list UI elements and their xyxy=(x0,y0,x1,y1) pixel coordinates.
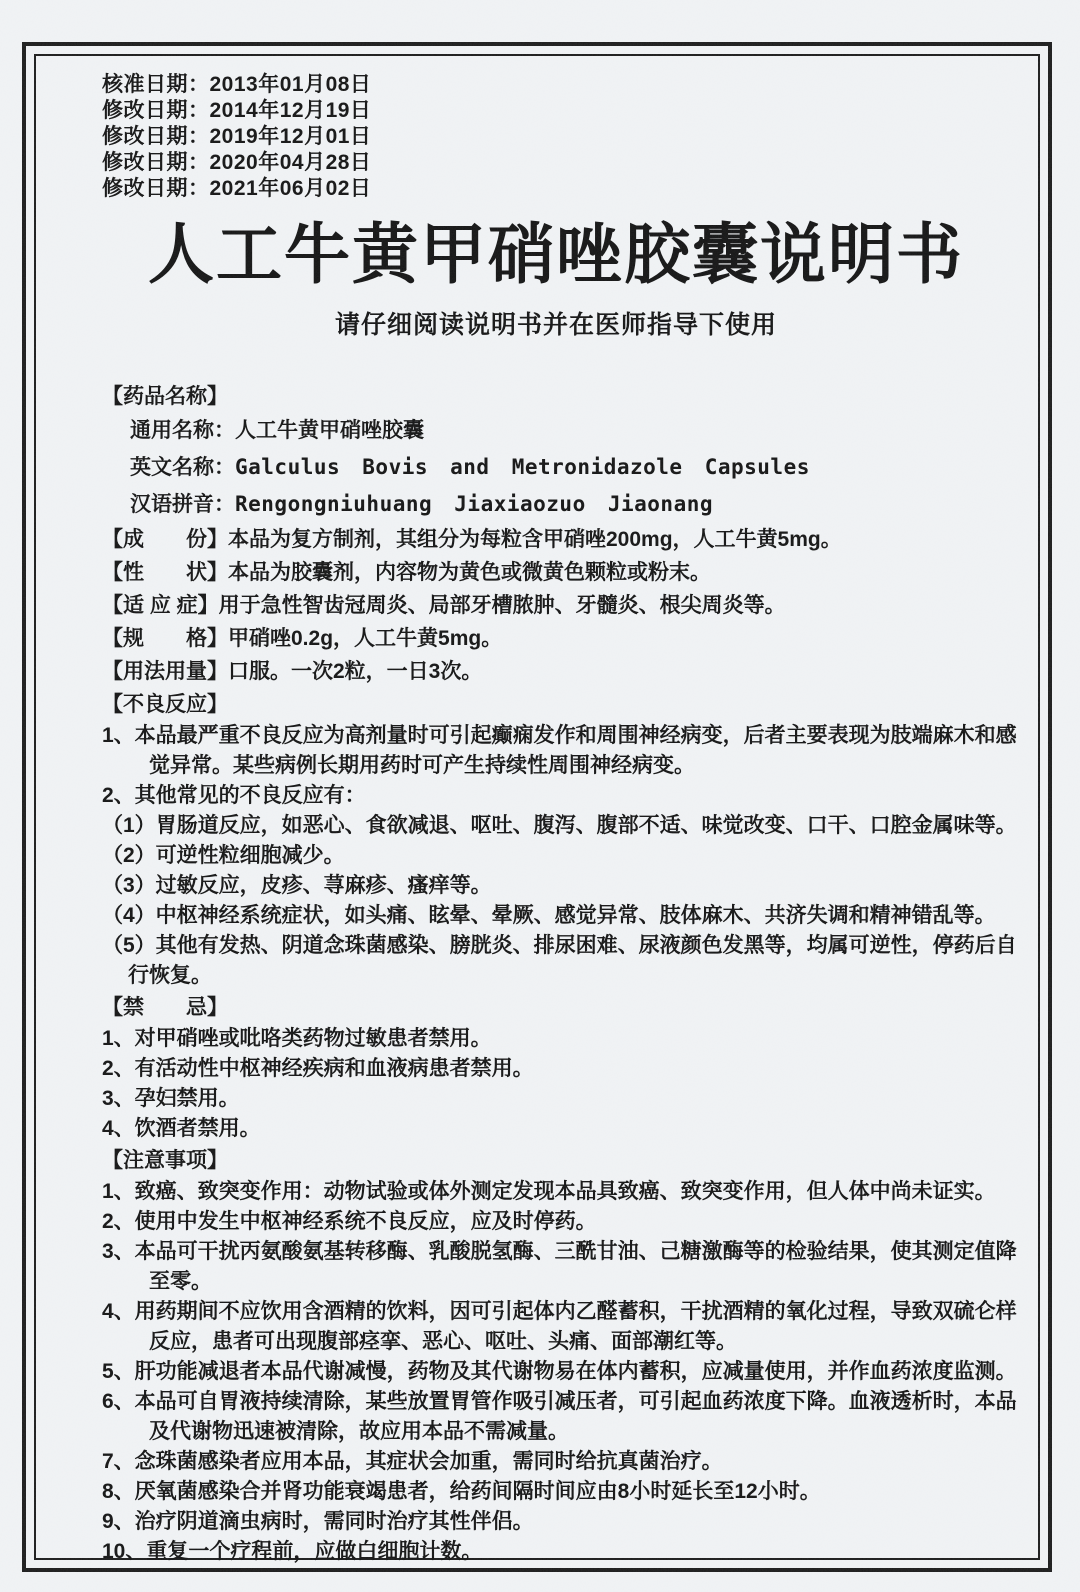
numbered-item: 2、其他常见的不良反应有： xyxy=(102,781,1024,811)
name-value: 人工牛黄甲硝唑胶囊 xyxy=(235,419,424,442)
package-insert-page: 核准日期：2013年01月08日 修改日期：2014年12月19日 修改日期：2… xyxy=(0,0,1080,1592)
insert-content: 核准日期：2013年01月08日 修改日期：2014年12月19日 修改日期：2… xyxy=(36,56,1038,1558)
field-line: 【规 格】甲硝唑0.2g，人工牛黄5mg。 xyxy=(102,622,1024,655)
field-label: 【用法用量】 xyxy=(102,660,228,683)
numbered-item: 10、重复一个疗程前，应做白细胞计数。 xyxy=(102,1537,1024,1567)
field-label: 【性 状】 xyxy=(102,561,228,584)
sub-list-item: （1）胃肠道反应，如恶心、食欲减退、呕吐、腹泻、腹部不适、味觉改变、口干、口腔金… xyxy=(102,811,1024,841)
name-label: 通用名称： xyxy=(130,419,235,442)
name-label: 英文名称： xyxy=(130,456,235,479)
section-header: 【药品名称】 xyxy=(102,380,1024,413)
numbered-item: 8、厌氧菌感染合并肾功能衰竭患者，给药间隔时间应由8小时延长至12小时。 xyxy=(102,1477,1024,1507)
numbered-item: 5、肝功能减退者本品代谢减慢，药物及其代谢物易在体内蓄积，应减量使用，并作血药浓… xyxy=(102,1357,1024,1387)
section-header: 【注意事项】 xyxy=(102,1144,1024,1177)
numbered-item: 3、本品可干扰丙氨酸氨基转移酶、乳酸脱氢酶、三酰甘油、己糖激酶等的检验结果，使其… xyxy=(102,1237,1024,1297)
field-label: 【适 应 症】 xyxy=(102,594,219,617)
name-line: 英文名称：Galculus Bovis and Metronidazole Ca… xyxy=(102,449,1024,486)
name-label: 汉语拼音： xyxy=(130,493,235,516)
field-value: 用于急性智齿冠周炎、局部牙槽脓肿、牙髓炎、根尖周炎等。 xyxy=(219,594,786,617)
name-line: 通用名称：人工牛黄甲硝唑胶囊 xyxy=(102,413,1024,449)
section-header: 【不良反应】 xyxy=(102,688,1024,721)
sub-list-item: （2）可逆性粒细胞减少。 xyxy=(102,841,1024,871)
numbered-item: 9、治疗阴道滴虫病时，需同时治疗其性伴侣。 xyxy=(102,1507,1024,1537)
outer-border-frame: 核准日期：2013年01月08日 修改日期：2014年12月19日 修改日期：2… xyxy=(22,42,1052,1572)
numbered-item: 2、使用中发生中枢神经系统不良反应，应及时停药。 xyxy=(102,1207,1024,1237)
sub-list-item: （5）其他有发热、阴道念珠菌感染、膀胱炎、排尿困难、尿液颜色发黑等，均属可逆性，… xyxy=(102,931,1024,991)
field-line: 【适 应 症】用于急性智齿冠周炎、局部牙槽脓肿、牙髓炎、根尖周炎等。 xyxy=(102,589,1024,622)
document-subtitle: 请仔细阅读说明书并在医师指导下使用 xyxy=(102,308,1010,342)
document-body: 【药品名称】通用名称：人工牛黄甲硝唑胶囊英文名称：Galculus Bovis … xyxy=(102,380,1024,1567)
numbered-item: 4、用药期间不应饮用含酒精的饮料，因可引起体内乙醛蓄积，干扰酒精的氧化过程，导致… xyxy=(102,1297,1024,1357)
name-line: 汉语拼音：Rengongniuhuang Jiaxiaozuo Jiaonang xyxy=(102,486,1024,523)
numbered-item: 6、本品可自胃液持续清除，某些放置胃管作吸引减压者，可引起血药浓度下降。血液透析… xyxy=(102,1387,1024,1447)
field-line: 【成 份】本品为复方制剂，其组分为每粒含甲硝唑200mg，人工牛黄5mg。 xyxy=(102,523,1024,556)
document-title: 人工牛黄甲硝唑胶囊说明书 xyxy=(102,208,1010,300)
numbered-item: 1、致癌、致突变作用：动物试验或体外测定发现本品具致癌、致突变作用，但人体中尚未… xyxy=(102,1177,1024,1207)
field-value: 本品为胶囊剂，内容物为黄色或微黄色颗粒或粉末。 xyxy=(228,561,711,584)
field-value: 甲硝唑0.2g，人工牛黄5mg。 xyxy=(228,627,502,650)
approval-date-line: 核准日期：2013年01月08日 xyxy=(102,72,1024,98)
field-value: 口服。一次2粒，一日3次。 xyxy=(228,660,482,683)
sub-list-item: （3）过敏反应，皮疹、荨麻疹、瘙痒等。 xyxy=(102,871,1024,901)
revision-date-line: 修改日期：2014年12月19日 xyxy=(102,98,1024,124)
revision-date-line: 修改日期：2019年12月01日 xyxy=(102,124,1024,150)
numbered-item: 4、饮酒者禁用。 xyxy=(102,1114,1024,1144)
revision-dates-block: 核准日期：2013年01月08日 修改日期：2014年12月19日 修改日期：2… xyxy=(102,72,1024,202)
inner-border-frame: 核准日期：2013年01月08日 修改日期：2014年12月19日 修改日期：2… xyxy=(34,54,1040,1560)
field-label: 【成 份】 xyxy=(102,528,228,551)
sub-list-item: （4）中枢神经系统症状，如头痛、眩晕、晕厥、感觉异常、肢体麻木、共济失调和精神错… xyxy=(102,901,1024,931)
revision-date-line: 修改日期：2020年04月28日 xyxy=(102,150,1024,176)
field-line: 【用法用量】口服。一次2粒，一日3次。 xyxy=(102,655,1024,688)
field-label: 【规 格】 xyxy=(102,627,228,650)
numbered-item: 3、孕妇禁用。 xyxy=(102,1084,1024,1114)
numbered-item: 1、对甲硝唑或吡咯类药物过敏患者禁用。 xyxy=(102,1024,1024,1054)
revision-date-line: 修改日期：2021年06月02日 xyxy=(102,176,1024,202)
name-value: Rengongniuhuang Jiaxiaozuo Jiaonang xyxy=(235,492,713,516)
section-header: 【禁 忌】 xyxy=(102,991,1024,1024)
field-value: 本品为复方制剂，其组分为每粒含甲硝唑200mg，人工牛黄5mg。 xyxy=(228,528,842,551)
numbered-item: 2、有活动性中枢神经疾病和血液病患者禁用。 xyxy=(102,1054,1024,1084)
field-line: 【性 状】本品为胶囊剂，内容物为黄色或微黄色颗粒或粉末。 xyxy=(102,556,1024,589)
numbered-item: 7、念珠菌感染者应用本品，其症状会加重，需同时给抗真菌治疗。 xyxy=(102,1447,1024,1477)
name-value: Galculus Bovis and Metronidazole Capsule… xyxy=(235,455,810,479)
numbered-item: 1、本品最严重不良反应为高剂量时可引起癫痫发作和周围神经病变，后者主要表现为肢端… xyxy=(102,721,1024,781)
